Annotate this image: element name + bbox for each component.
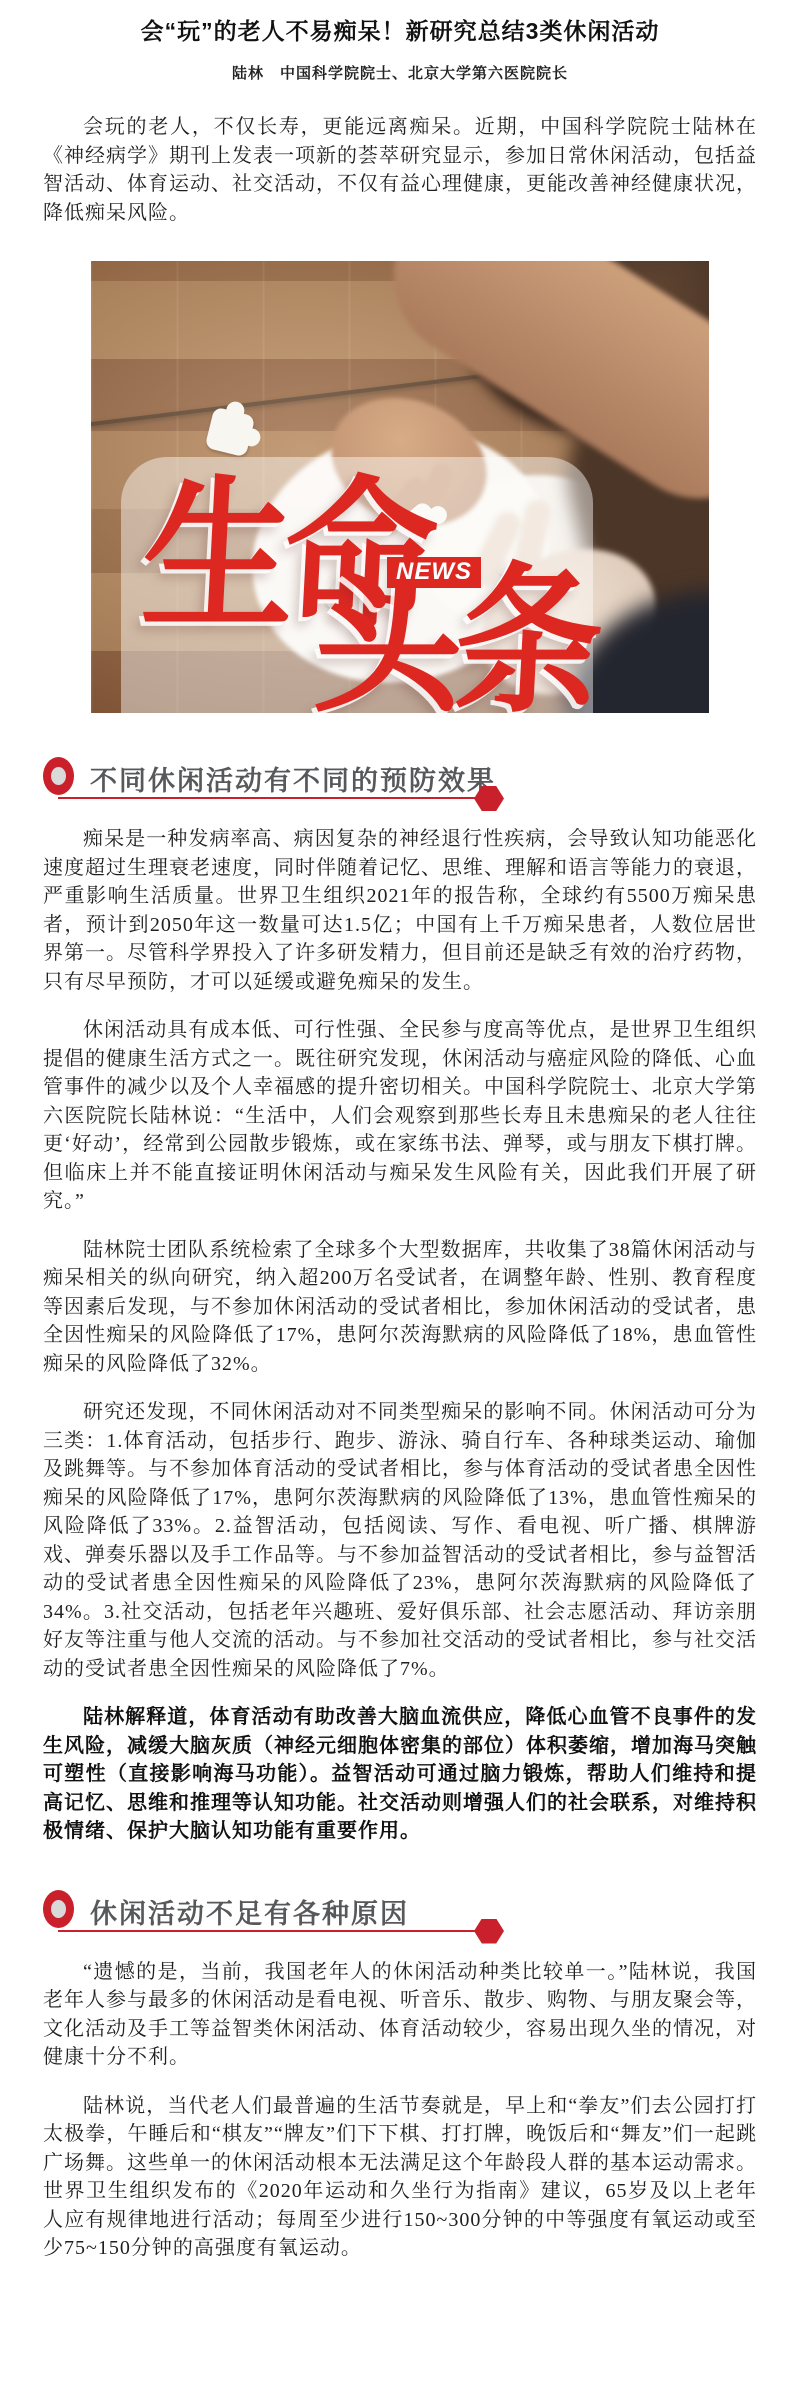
red-hexagon-icon xyxy=(474,1919,504,1944)
paragraph: 陆林说，当代老人们最普遍的生活节奏就是，早上和“拳友”们去公园打打太极拳，午睡后… xyxy=(43,2092,757,2263)
section-heading-2: 休闲活动不足有各种原因 xyxy=(43,1888,757,1938)
paragraph: 休闲活动具有成本低、可行性强、全民参与度高等优点，是世界卫生组织提倡的健康生活方… xyxy=(43,1016,757,1216)
paragraph: 陆林院士团队系统检索了全球多个大型数据库，共收集了38篇休闲活动与痴呆相关的纵向… xyxy=(43,1236,757,1379)
section-title: 不同休闲活动有不同的预防效果 xyxy=(90,759,496,798)
byline: 陆林 中国科学院院士、北京大学第六医院院长 xyxy=(0,62,800,83)
heading-underline xyxy=(58,1930,500,1932)
section-heading-1: 不同休闲活动有不同的预防效果 xyxy=(43,755,757,805)
paragraph: “遗憾的是，当前，我国老年人的休闲活动种类比较单一。”陆林说，我国老年人参与最多… xyxy=(43,1958,757,2072)
hero-image: 生命 NEWS 头条 xyxy=(91,261,709,713)
logo-news-label: NEWS xyxy=(387,557,481,588)
red-ring-bullet-icon xyxy=(43,1890,74,1928)
red-ring-bullet-icon xyxy=(43,757,74,795)
article-page: 会“玩”的老人不易痴呆！新研究总结3类休闲活动 陆林 中国科学院院士、北京大学第… xyxy=(0,0,800,2381)
emphasis-paragraph: 陆林解释道，体育活动有助改善大脑血流供应，降低心血管不良事件的发生风险，减缓大脑… xyxy=(43,1703,757,1846)
section-title: 休闲活动不足有各种原因 xyxy=(90,1892,409,1931)
heading-underline xyxy=(58,797,500,799)
intro-paragraph: 会玩的老人，不仅长寿，更能远离痴呆。近期，中国科学院院士陆林在《神经病学》期刊上… xyxy=(43,113,757,227)
paragraph: 痴呆是一种发病率高、病因复杂的神经退行性疾病，会导致认知功能恶化速度超过生理衰老… xyxy=(43,825,757,996)
page-title: 会“玩”的老人不易痴呆！新研究总结3类休闲活动 xyxy=(30,16,770,46)
paragraph: 研究还发现，不同休闲活动对不同类型痴呆的影响不同。休闲活动可分为三类：1.体育活… xyxy=(43,1398,757,1683)
